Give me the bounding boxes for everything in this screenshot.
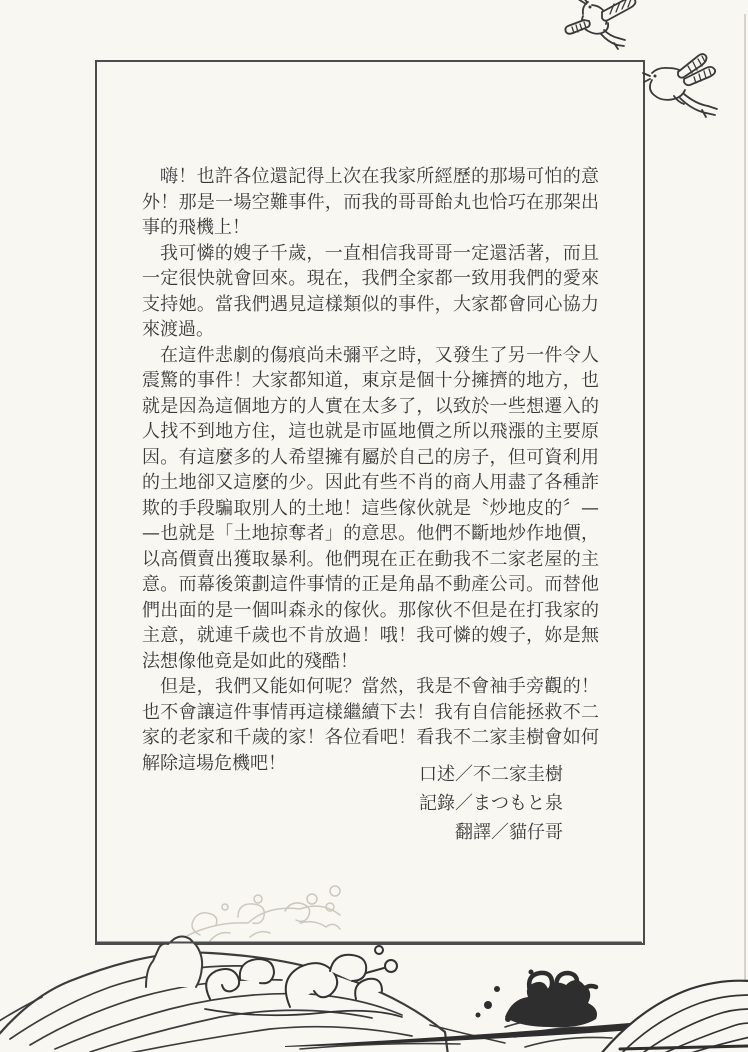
credit-recorder: 記錄／まつもと泉 [142, 789, 563, 818]
bird-icon [642, 52, 742, 130]
scan-edge-line [744, 14, 746, 994]
paragraph-1: 嗨！也許各位還記得上次在我家所經歷的那場可怕的意外！那是一場空難事件，而我的哥哥… [142, 164, 599, 241]
paragraph-3: 在這件悲劇的傷痕尚未彌平之時，又發生了另一件令人震驚的事件！大家都知道，東京是個… [142, 343, 599, 675]
paragraph-2: 我可憐的嫂子千歲，一直相信我哥哥一定還活著，而且一定很快就會回來。現在，我們全家… [142, 241, 599, 343]
credit-translator: 翻譯／貓仔哥 [142, 818, 563, 847]
scanned-page: 嗨！也許各位還記得上次在我家所經歷的那場可怕的意外！那是一場空難事件，而我的哥哥… [0, 0, 748, 1052]
credits-block: 口述／不二家圭樹 記錄／まつもと泉 翻譯／貓仔哥 [142, 760, 599, 847]
bird-icon [564, 0, 659, 58]
afterword-text: 嗨！也許各位還記得上次在我家所經歷的那場可怕的意外！那是一場空難事件，而我的哥哥… [142, 164, 599, 776]
wave-ocean-art [0, 877, 748, 1052]
credit-narrator: 口述／不二家圭樹 [142, 760, 563, 789]
